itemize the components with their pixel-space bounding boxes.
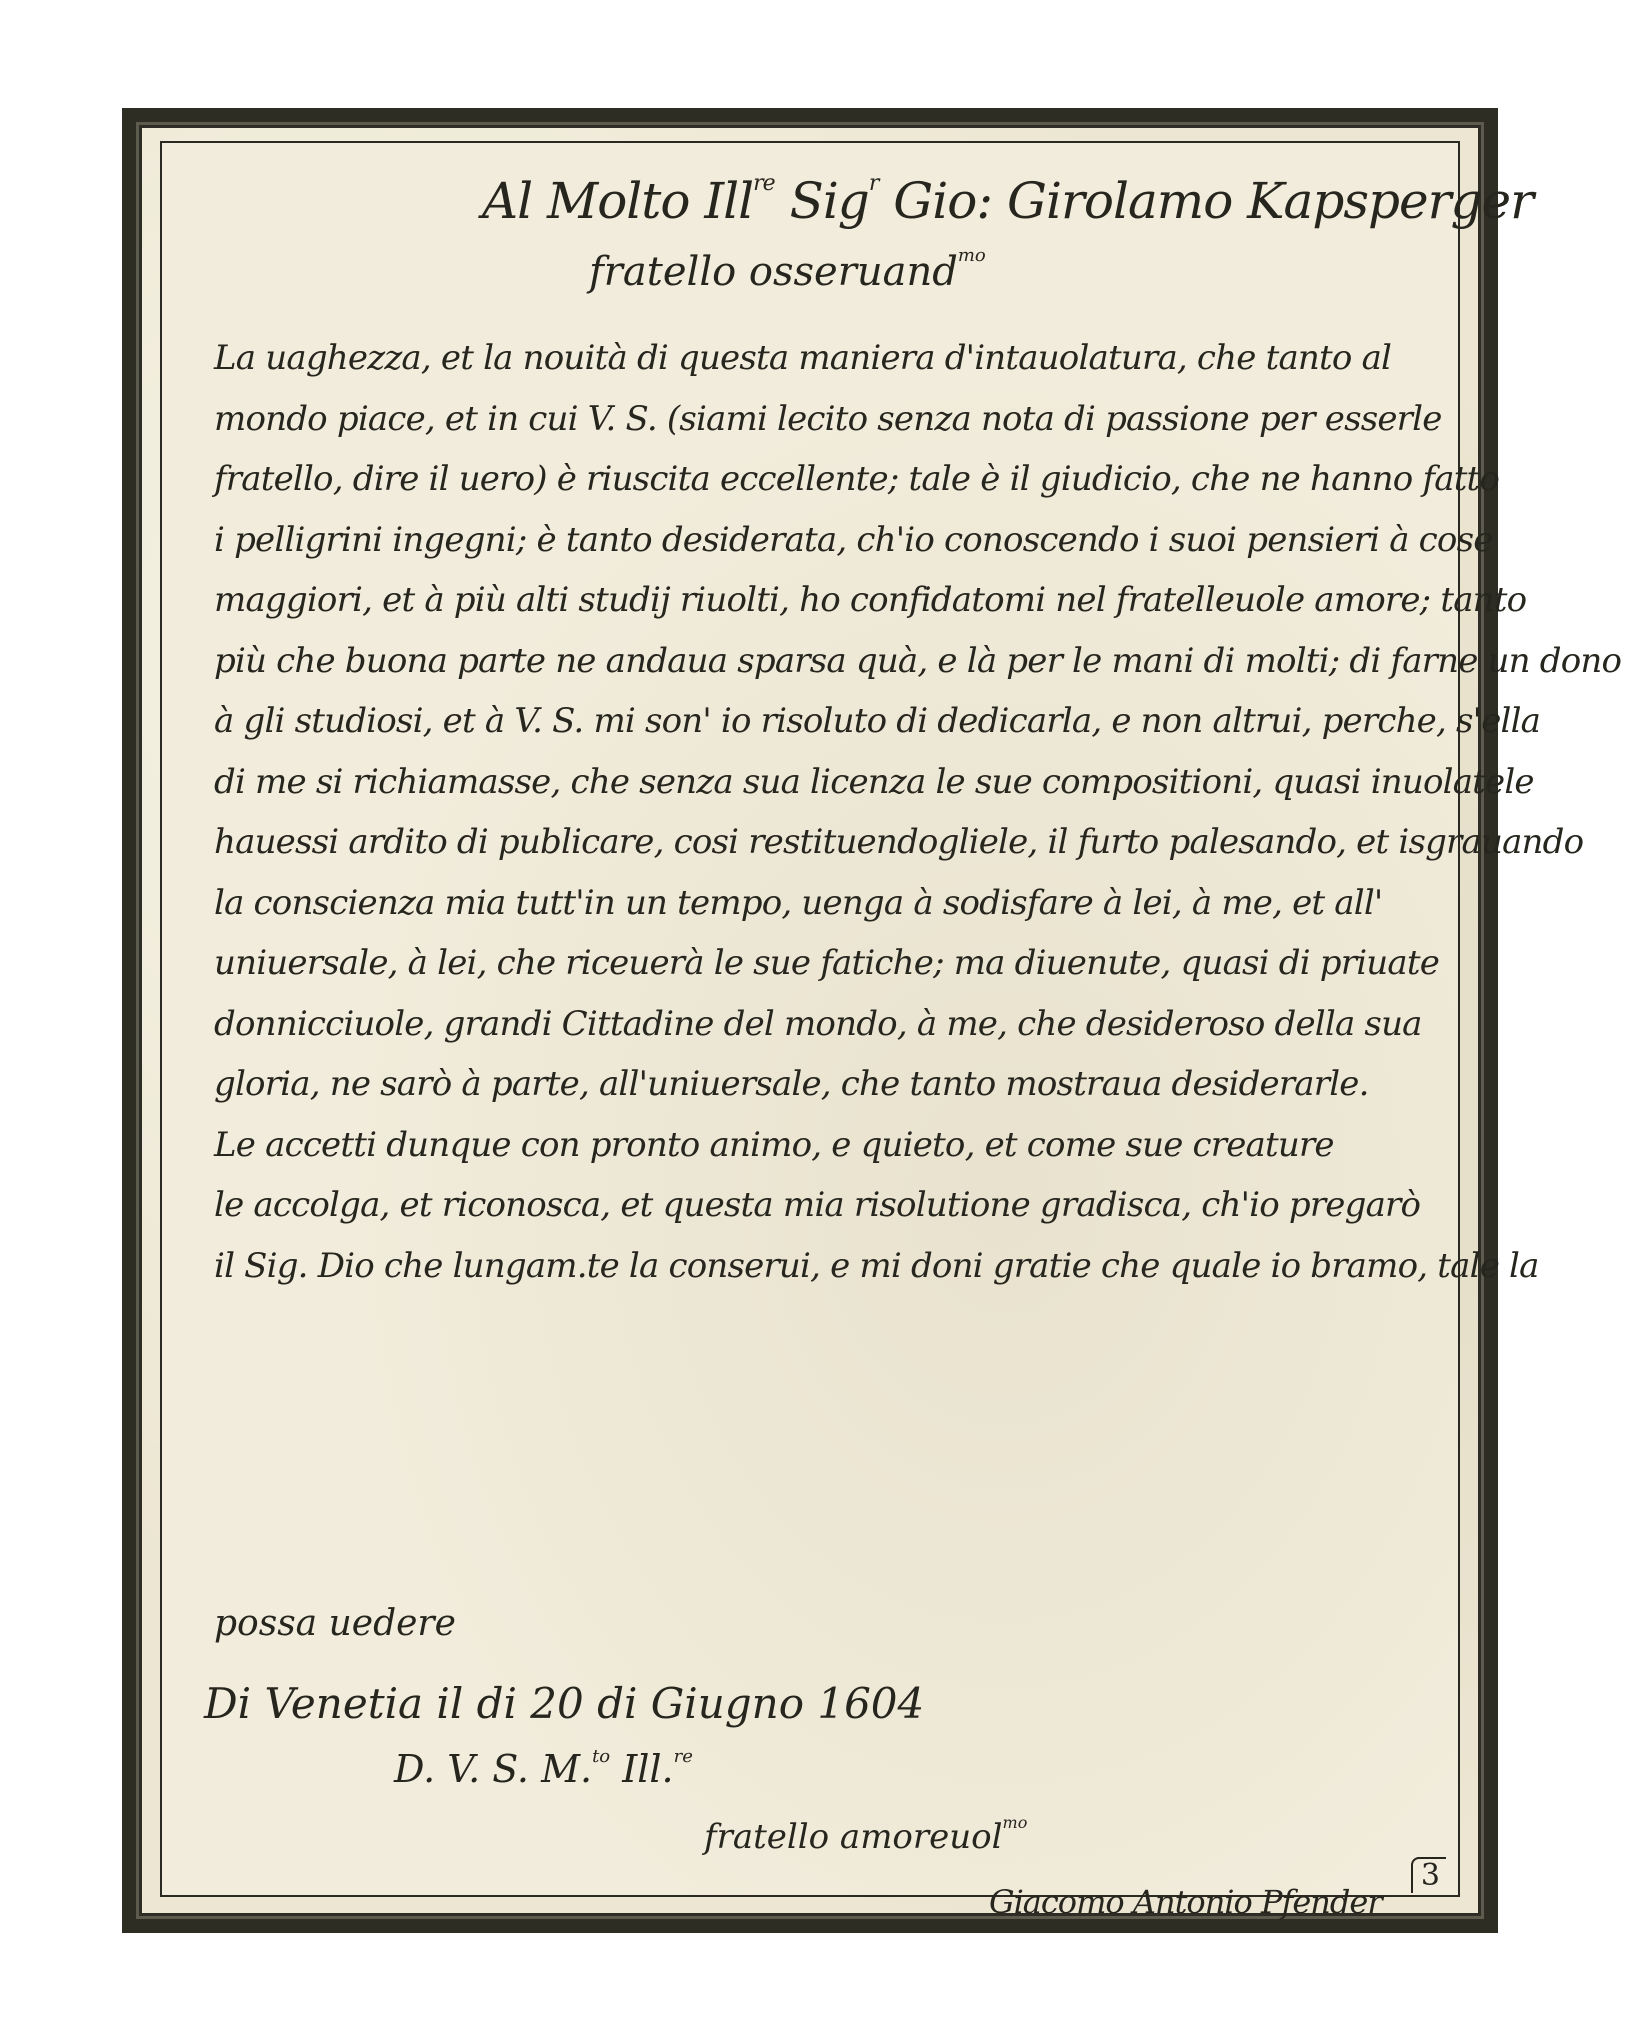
salutation-text: D. V. S. M. [394,1747,592,1791]
subheading-superscript: mo [958,245,986,266]
body-line: la conscienza mia tutt'in un tempo, ueng… [214,873,1434,934]
salutation-tail: Ill. [610,1747,673,1791]
body-line: hauessi ardito di publicare, cosi restit… [214,812,1434,873]
body-line: i pelligrini ingegni; è tanto desiderata… [214,510,1434,571]
letter-heading: Al Molto Illre Sigr Gio: Girolamo Kapspe… [482,171,1533,230]
body-line: uniuersale, à lei, che riceuerà le sue f… [214,933,1434,994]
body-line: gloria, ne sarò à parte, all'uniuersale,… [214,1054,1434,1115]
signature: Giacomo Antonio Pfender [989,1883,1382,1921]
letter-date: Di Venetia il di 20 di Giugno 1604 [204,1679,924,1728]
relation-superscript: mo [1003,1813,1028,1832]
body-line: donnicciuole, grandi Cittadine del mondo… [214,994,1434,1055]
body-line: le accolga, et riconosca, et questa mia … [214,1175,1434,1236]
closing-relation: fratello amoreuolmo [704,1813,1027,1857]
letter-body: La uaghezza, et la nouità di questa mani… [214,328,1434,1296]
decorative-border-inner: Al Molto Illre Sigr Gio: Girolamo Kapspe… [160,141,1460,1897]
letter-content: Al Molto Illre Sigr Gio: Girolamo Kapspe… [214,143,1428,1895]
subheading-text: fratello osseruand [589,249,958,295]
relation-text: fratello amoreuol [704,1817,1003,1857]
closing-salutation: D. V. S. M.to Ill.re [394,1746,693,1791]
letter-subheading: fratello osseruandmo [589,245,986,295]
heading-title-superscript: r [869,171,879,196]
heading-honorific: Al Molto Ill [482,172,753,230]
page-number: 3 [1411,1857,1446,1893]
heading-honorific-superscript: re [753,171,775,196]
body-line: à gli studiosi, et à V. S. mi son' io ri… [214,691,1434,752]
body-line: mondo piace, et in cui V. S. (siami leci… [214,389,1434,450]
body-line: più che buona parte ne andaua sparsa quà… [214,631,1434,692]
body-line: il Sig. Dio che lungam.te la conserui, e… [214,1236,1434,1297]
body-last-line: possa uedere [214,1603,456,1644]
body-line: La uaghezza, et la nouità di questa mani… [214,328,1434,389]
body-line: fratello, dire il uero) è riuscita eccel… [214,449,1434,510]
salutation-superscript-2: re [674,1746,693,1767]
heading-title: Sig [790,172,869,230]
heading-recipient-name: Gio: Girolamo Kapsperger [893,172,1533,230]
body-line: Le accetti dunque con pronto animo, e qu… [214,1115,1434,1176]
body-line: di me si richiamasse, che senza sua lice… [214,752,1434,813]
salutation-superscript-1: to [592,1746,610,1767]
body-line: maggiori, et à più alti studij riuolti, … [214,570,1434,631]
document-page: Al Molto Illre Sigr Gio: Girolamo Kapspe… [122,108,1498,1933]
